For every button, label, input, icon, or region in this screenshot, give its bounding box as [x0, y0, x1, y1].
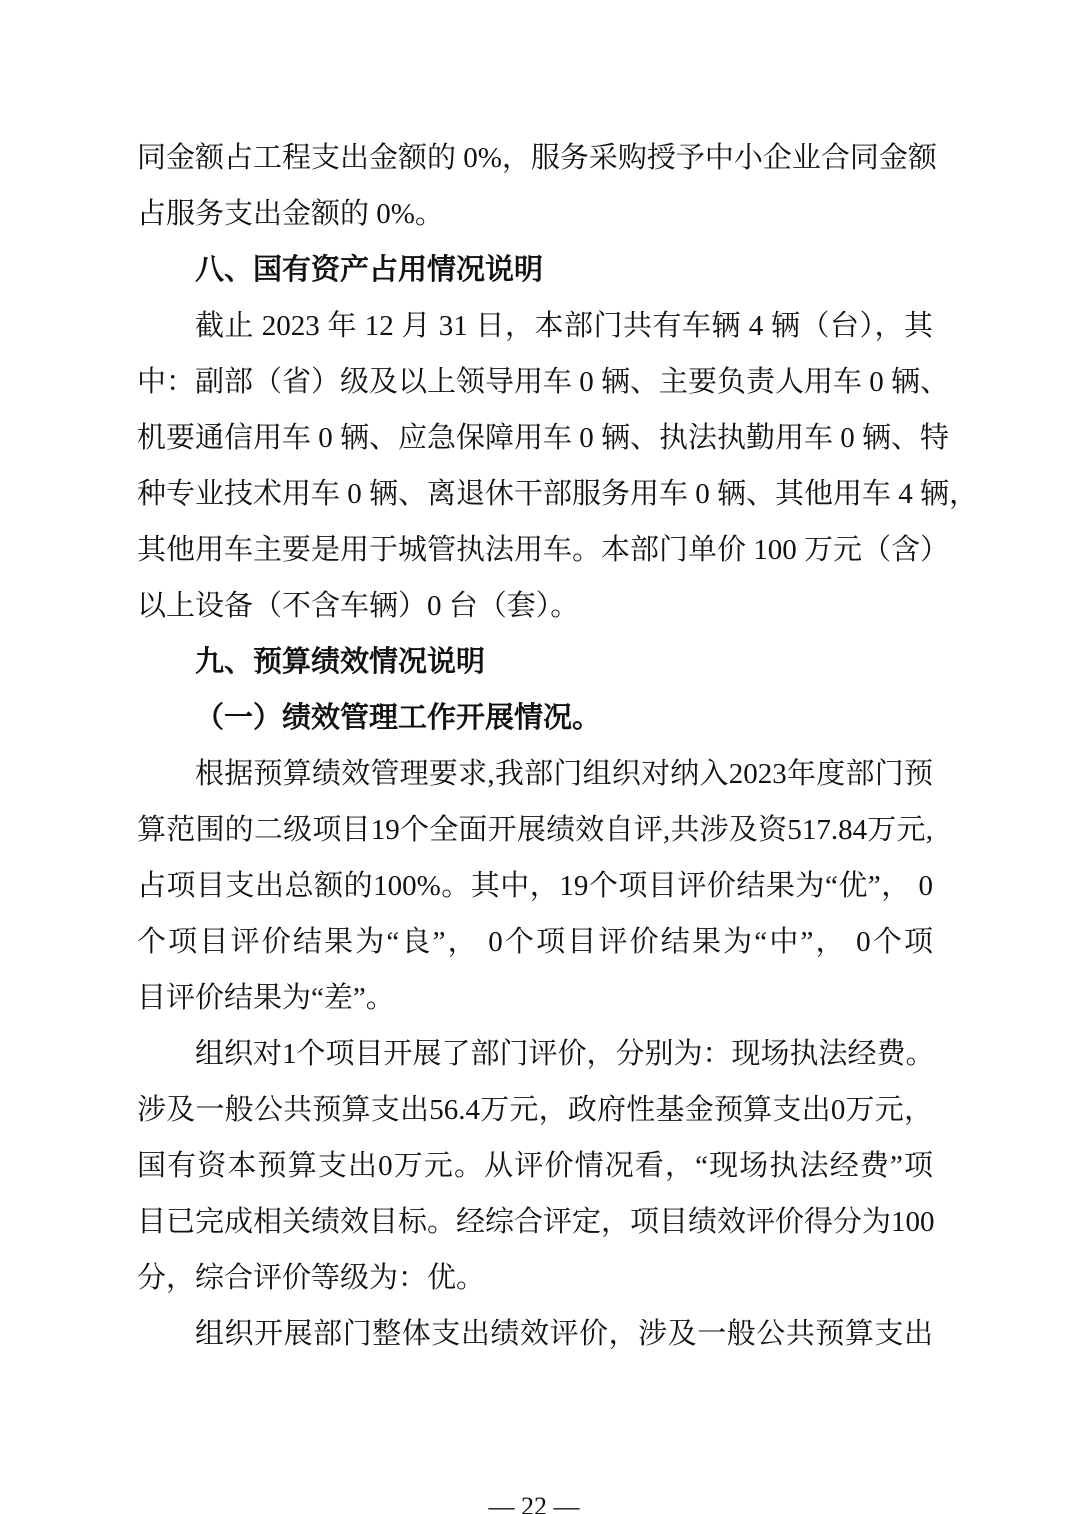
text-line: 机要通信用车 0 辆、应急保障用车 0 辆、执法执勤用车 0 辆、特	[137, 410, 933, 466]
page-number: — 22 —	[489, 1492, 580, 1514]
text-line: 个项目评价结果为“良”， 0个项目评价结果为“中”， 0个项	[137, 914, 933, 970]
text-line: 目已完成相关绩效目标。经综合评定，项目绩效评价得分为100	[137, 1194, 933, 1250]
text-line: 国有资本预算支出0万元。从评价情况看，“现场执法经费”项	[137, 1138, 933, 1194]
page-footer: — 22 —	[0, 1494, 1068, 1514]
text-line: 中：副部（省）级及以上领导用车 0 辆、主要负责人用车 0 辆、	[137, 354, 933, 410]
text-line: 分，综合评价等级为：优。	[137, 1250, 933, 1306]
section-heading-viii: 八、国有资产占用情况说明	[137, 242, 933, 298]
text-line: 组织对1个项目开展了部门评价，分别为：现场执法经费。	[137, 1026, 933, 1082]
text-line: 组织开展部门整体支出绩效评价，涉及一般公共预算支出	[137, 1306, 933, 1362]
document-body: 同金额占工程支出金额的 0%，服务采购授予中小企业合同金额 占服务支出金额的 0…	[137, 130, 933, 1362]
text-line: 其他用车主要是用于城管执法用车。本部门单价 100 万元（含）	[137, 522, 933, 578]
section-heading-ix: 九、预算绩效情况说明	[137, 634, 933, 690]
text-line: 目评价结果为“差”。	[137, 970, 933, 1026]
document-page: 同金额占工程支出金额的 0%，服务采购授予中小企业合同金额 占服务支出金额的 0…	[0, 0, 1068, 1514]
text-line: 根据预算绩效管理要求,我部门组织对纳入2023年度部门预	[137, 746, 933, 802]
text-line: 以上设备（不含车辆）0 台（套）。	[137, 578, 933, 634]
text-line: 占项目支出总额的100%。其中，19个项目评价结果为“优”， 0	[137, 858, 933, 914]
text-line: 同金额占工程支出金额的 0%，服务采购授予中小企业合同金额	[137, 130, 933, 186]
text-line: 占服务支出金额的 0%。	[137, 186, 933, 242]
text-line: 算范围的二级项目19个全面开展绩效自评,共涉及资517.84万元,	[137, 802, 933, 858]
subsection-heading-1: （一）绩效管理工作开展情况。	[137, 690, 933, 746]
text-line: 涉及一般公共预算支出56.4万元，政府性基金预算支出0万元，	[137, 1082, 933, 1138]
text-line: 种专业技术用车 0 辆、离退休干部服务用车 0 辆、其他用车 4 辆，	[137, 466, 933, 522]
text-line: 截止 2023 年 12 月 31 日，本部门共有车辆 4 辆（台），其	[137, 298, 933, 354]
